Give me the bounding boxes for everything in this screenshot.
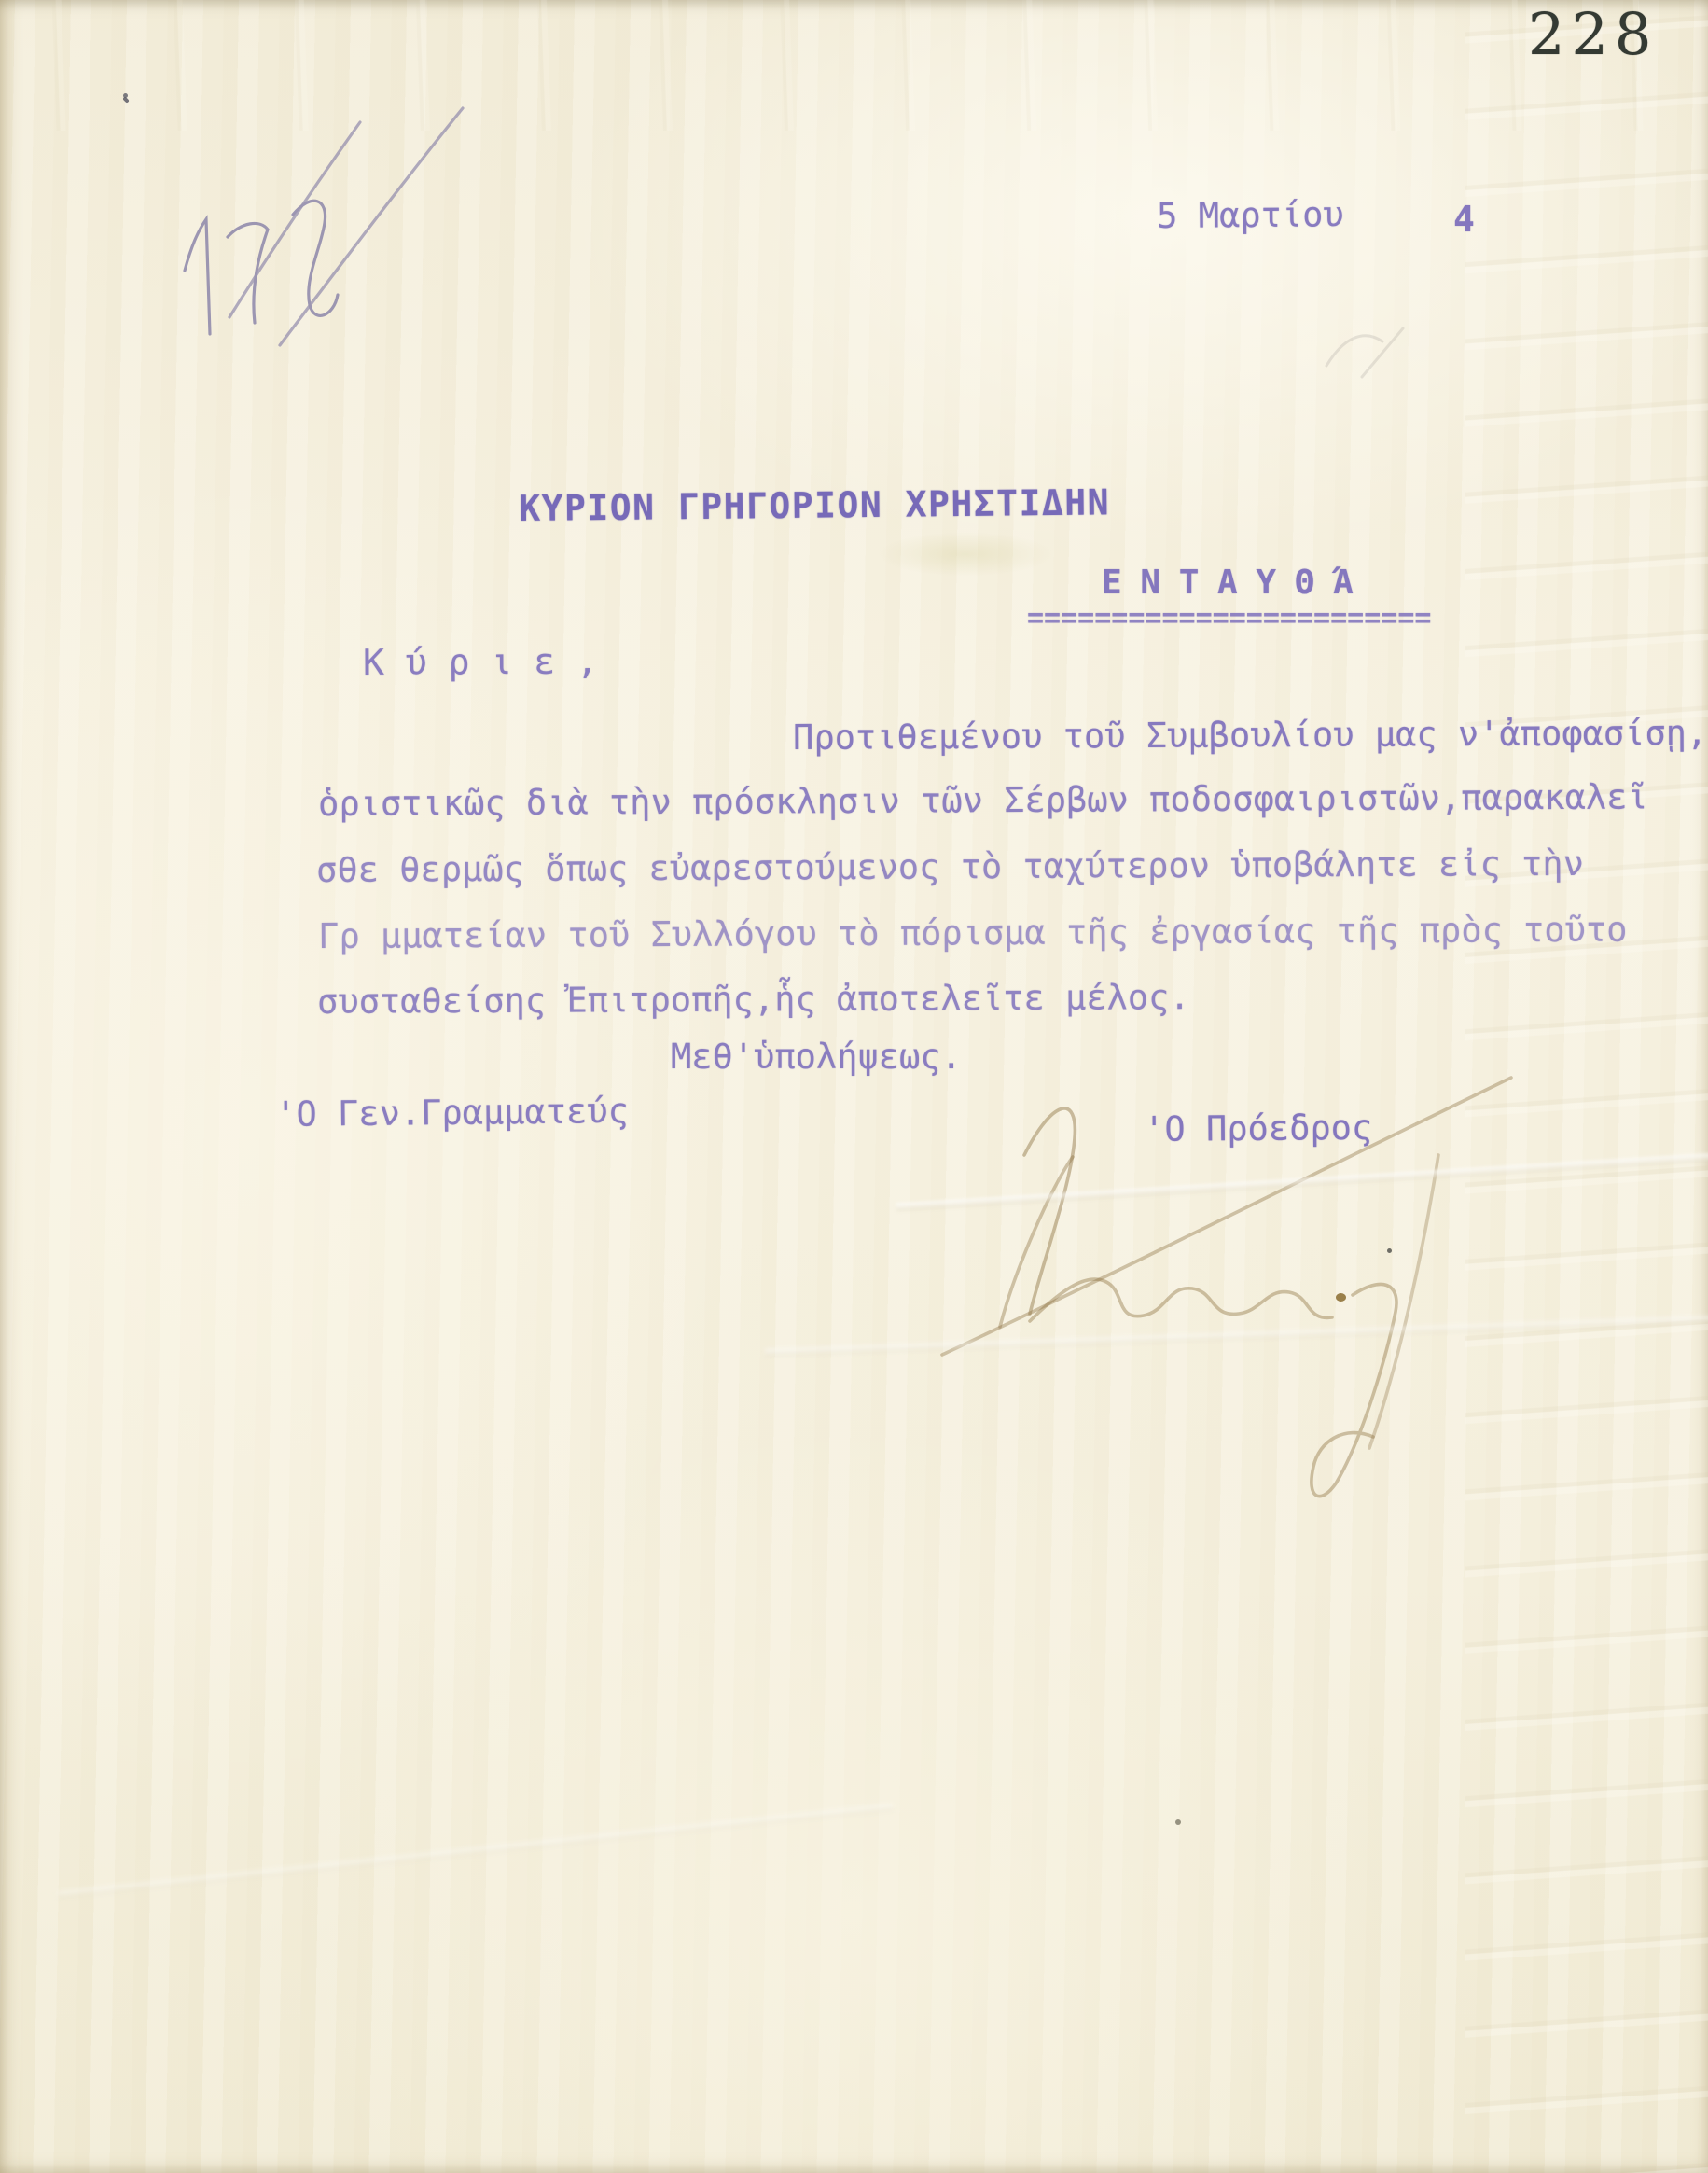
ink-speck-dark (1387, 1248, 1392, 1253)
handwritten-number-annotation (119, 54, 483, 353)
page-number: 228 (1528, 6, 1658, 63)
body-line-1: Προτιθεμένου τοῦ Συμβουλίου μας ν'ἀποφασ… (793, 716, 1707, 755)
pencil-dot (123, 93, 128, 98)
ink-speck-brown (1336, 1293, 1346, 1302)
paper-crease-3 (58, 1804, 894, 1899)
pencil-ghost-marks (1306, 308, 1427, 401)
body-line-5: συσταθείσης Ἐπιτροπῆς,ἧς ἀποτελεῖτε μέλο… (317, 980, 1190, 1019)
left-signatory-title: 'Ο Γεν.Γραμματεύς (275, 1093, 629, 1132)
ink-smudge (877, 532, 1054, 577)
salutation: Κ ύ ρ ι ε , (363, 644, 598, 680)
delivery-line: Ε Ν Τ Α Υ Θ Ά (1102, 566, 1353, 600)
date-line: 5 Μαρτίου (1157, 197, 1344, 233)
date-day-number: 4 (1453, 202, 1475, 237)
recipient-line: ΚΥΡΙΟΝ ΓΡΗΓΟΡΙΟΝ ΧΡΗΣΤΙΔΗΝ (519, 484, 1110, 526)
scanned-letter-page: 228 5 Μαρτίου 4 ΚΥΡΙΟΝ ΓΡΗΓΟΡΙΟΝ ΧΡΗΣΤΙΔ… (0, 0, 1708, 2173)
body-line-2: ὁριστικῶς διὰ τὴν πρόσκλησιν τῶν Σέρβων … (318, 780, 1648, 821)
delivery-underline: ======================== (1027, 605, 1431, 633)
body-line-3: σθε θερμῶς ὅπως εὐαρεστούμενος τὸ ταχύτε… (316, 846, 1584, 887)
body-line-4: Γρ μματείαν τοῦ Συλλόγου τὸ πόρισμα τῆς … (318, 912, 1628, 954)
president-signature (914, 1045, 1530, 1530)
paper-speck (1175, 1819, 1181, 1825)
